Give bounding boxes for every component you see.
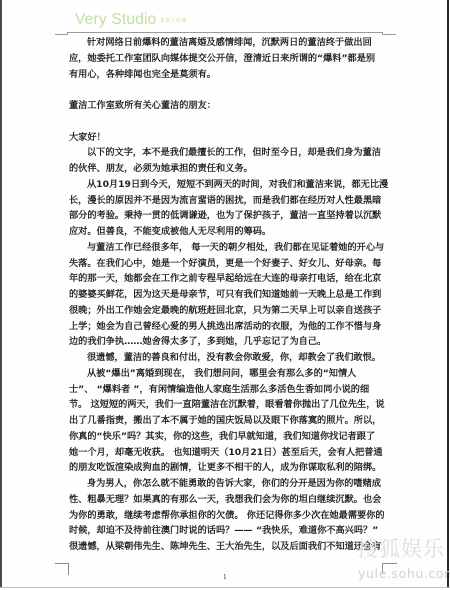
text-line: 的伙伴、朋友，必须为她承担的责任和义务。 [69, 161, 389, 177]
text-line: 为你的勇敢，继续考虑帮你承担你的欠债。 你还记得你多少次在她最需要你的 [69, 508, 389, 524]
text-line: 应对。但善良，不能变成被他人无尽利用的筹码。 [69, 224, 389, 240]
text-line: 部分的考验。秉持一贯的低调谦逊，也为了保护孩子，董洁一直坚持着以沉默 [69, 208, 389, 224]
text-line: 董洁工作室致所有关心董洁的朋友： [69, 98, 389, 114]
page-number: 1 [223, 574, 227, 581]
text-line: 年的那一天，她都会在工作之前专程早起给远在大连的母亲打电话，给在北京 [69, 271, 389, 287]
blank-line [69, 114, 389, 130]
text-line: 失落。在我们心中，她是一个好演员，更是一个好妻子、好女儿、好母亲。每 [69, 256, 389, 272]
document-page: Very Studio非常人传媒 针对网络日前爆料的董洁离婚及感情绯闻，沉默两日… [0, 0, 450, 590]
letter-body: 针对网络日前爆料的董洁离婚及感情绯闻，沉默两日的董洁终于做出回应，她委托工作室团… [69, 35, 389, 555]
text-line: 很晚；外出工作她会定最晚的航班赶回北京，只为第二天早上可以亲自送孩子 [69, 303, 389, 319]
text-line: 出了几番指责，搬出了本不属于她的国庆饭局以及眼下你落寞的照片。所以， [69, 413, 389, 429]
text-line: 很遗憾，从梁朝伟先生、陈坤先生、王大治先生，以及后面我们不知道还会有 [69, 539, 389, 555]
text-line: 大家好！ [69, 130, 389, 146]
text-line: 以下的文字，本不是我们最擅长的工作，但时至今日，却是我们身为董洁 [69, 145, 389, 161]
text-line: 从10月19日到今天，短短不到两天的时间，对我们和董洁来说，都无比漫 [69, 177, 389, 193]
text-line: 的婆婆买鲜花，因为这天是母亲节，可只有我们知道她前一天晚上总是工作到 [69, 287, 389, 303]
watermark-url: yule.sohu.com [358, 566, 450, 581]
crop-mark-bottom-left-v [68, 563, 69, 575]
text-line: 从被“爆出”离婚到现在， 我们想问问，哪里会有那么多的“知情人 [69, 366, 389, 382]
watermark-brand: 搜狐娱乐 [357, 533, 445, 563]
header-brand-name: Very Studio [75, 11, 156, 28]
text-line: 士”、 “爆料者 ”，有闲情编造他人家庭生活那么多活色生香如同小说的细 [69, 382, 389, 398]
text-line: 的朋友吃饭渲染成狗血的剧情，让更多不相干的人，成为你谋取私利的陪绑。 [69, 460, 389, 476]
text-line: 时候，却迫不及待前往澳门时说的话吗？—— “我快乐，难道你不高兴吗？” [69, 523, 389, 539]
text-line: 身为男人，你怎么就不能勇敢的告诉大家，你们的分开是因为你的嗜赌成 [69, 476, 389, 492]
text-line: 与董洁工作已经很多年， 每一天的朝夕相处，我们都在见证着她的开心与 [69, 240, 389, 256]
text-line: 上学；她会为自己曾经心爱的男人挑选出席活动的衣服，为他的工作不惜与身 [69, 319, 389, 335]
text-line: 性、粗暴无理？如果真的有那么一天，我想我们会为你的坦白继续沉默。也会 [69, 492, 389, 508]
page-border-right [447, 0, 449, 588]
header-brand-logo: Very Studio非常人传媒 [75, 11, 187, 29]
blank-line [69, 82, 389, 98]
text-line: 很遗憾，董洁的善良和付出，没有教会你敢爱，你，却教会了我们敢恨。 [69, 350, 389, 366]
crop-mark-bottom-right-h [382, 563, 397, 564]
header-brand-subtitle: 非常人传媒 [159, 18, 187, 24]
header-rule-main-segment [67, 32, 383, 33]
text-line: 应，她委托工作室团队向媒体提交公开信，澄清近日来所谓的“爆料”都是别 [69, 51, 389, 67]
page-border-left [0, 0, 2, 588]
text-line: 边的我们争执……她舍得太多了，多到她，几乎忘记了为自己。 [69, 334, 389, 350]
crop-mark-bottom-left-h [55, 563, 69, 564]
text-line: 有用心，各种绯闻也完全是莫须有。 [69, 67, 389, 83]
text-line: 针对网络日前爆料的董洁离婚及感情绯闻，沉默两日的董洁终于做出回 [69, 35, 389, 51]
text-line: 节。 这短短的两天，我们一直陪董洁在沉默着，眼看着你抛出了几位先生，说 [69, 397, 389, 413]
text-line: 她一个月，却毫无收获。 也知道明天（10月21日）甚至后天，会有人把普通 [69, 445, 389, 461]
text-line: 长，漫长的原因并不是因为流言蜚语的困扰，而是我们都在经历对人性最黑暗 [69, 193, 389, 209]
text-line: 你真的“快乐”吗？其实，你的这些，我们早就知道，我们知道你找记者跟了 [69, 429, 389, 445]
page-border-bottom [0, 587, 450, 588]
